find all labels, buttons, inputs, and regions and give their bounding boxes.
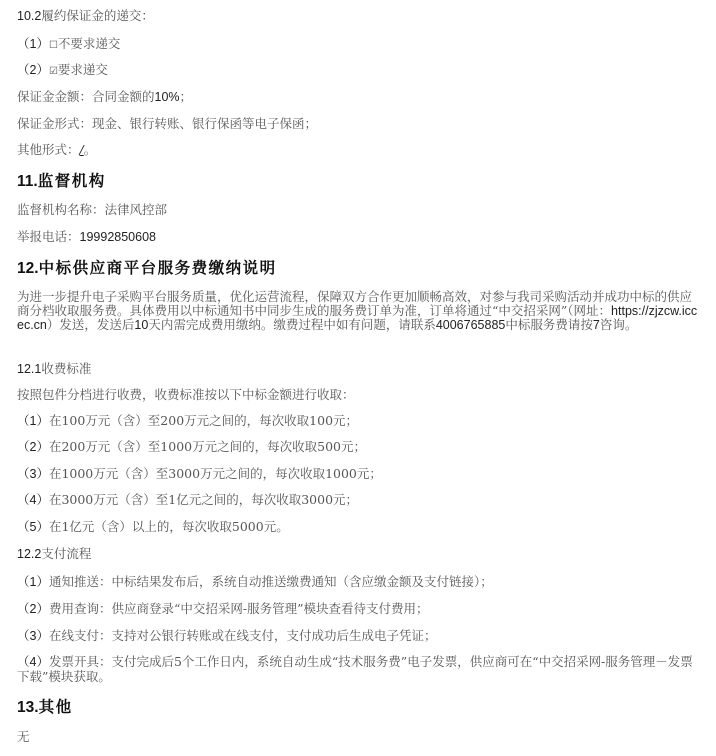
punctuation: 。: [84, 142, 97, 157]
section-11-heading: 11.监督机构: [17, 171, 106, 192]
section-number: 10.2: [17, 9, 41, 23]
intro-text: ）发送，发送后: [47, 317, 135, 332]
punctuation: ；: [180, 89, 193, 104]
fee-standard-desc: 按照包件分档进行收费，收费标准按以下中标金额进行收取：: [17, 387, 355, 403]
heading-text: 其他: [39, 698, 73, 716]
fee-standard-title: 12.1收费标准: [17, 361, 91, 377]
section-10-2-title: 10.2履约保证金的递交：: [17, 8, 154, 24]
section-13-heading: 13.其他: [17, 697, 73, 718]
intro-text: 咨询。: [600, 317, 638, 332]
report-phone-label: 举报电话：: [17, 229, 80, 244]
checked-checkbox-icon: ☑: [49, 66, 58, 77]
option-number: （2）: [17, 63, 49, 77]
option-not-required: （1）☐不要求递交: [17, 36, 120, 54]
service-fee-intro: 为进一步提升电子采购平台服务质量，优化运营流程，保障双方合作更加顺畅高效，对参与…: [17, 290, 701, 333]
step-number: （2）: [17, 602, 49, 616]
tier-number: （2）: [17, 440, 49, 454]
days-value: 10: [134, 318, 148, 332]
option-label: 不要求递交: [58, 36, 121, 51]
heading-text: 监督机构: [38, 172, 106, 190]
step-text: 在线支付：支持对公银行转账或在线支付，支付成功后生成电子凭证；: [49, 628, 437, 643]
section-title-text: 支付流程: [41, 546, 91, 561]
payment-flow-title: 12.2支付流程: [17, 546, 91, 562]
fee-tier: （3）在1000万元（含）至3000万元之间的，每次收取1000元；: [17, 466, 382, 482]
intro-text: 为进一步提升电子采购平台服务质量，优化运营流程，保障双方合作更加顺畅高效，对参与…: [17, 289, 692, 318]
step-number: （4）: [17, 655, 49, 669]
report-phone: 举报电话：19992850608: [17, 229, 156, 245]
fee-tier: （1）在100万元（含）至200万元之间的，每次收取100元；: [17, 413, 358, 429]
step-text: 费用查询：供应商登录“中交招采网-服务管理”模块查看待支付费用；: [49, 601, 429, 616]
unchecked-checkbox-icon: ☐: [49, 40, 58, 51]
intro-text: 天内需完成费用缴纳。缴费过程中如有问题，请联系: [148, 317, 436, 332]
option-number: （1）: [17, 37, 49, 51]
option-required: （2）☑要求递交: [17, 62, 108, 80]
payment-step: （4）发票开具：支付完成后5个工作日内，系统自动生成“技术服务费”电子发票，供应…: [17, 655, 701, 683]
payment-step: （3）在线支付：支持对公银行转账或在线支付，支付成功后生成电子凭证；: [17, 628, 436, 644]
tier-number: （1）: [17, 414, 49, 428]
option-label: 要求递交: [58, 62, 108, 77]
tier-text: 在100万元（含）至200万元之间的，每次收取100元；: [49, 413, 358, 428]
section-title-text: 收费标准: [41, 361, 91, 376]
deposit-form: 保证金形式：现金、银行转账、银行保函等电子保函；: [17, 116, 317, 132]
step-number: （1）: [17, 575, 49, 589]
section-number: 12.2: [17, 547, 41, 561]
other-form: 其他形式：/。: [17, 142, 96, 158]
section-12-heading: 12.中标供应商平台服务费缴纳说明: [17, 258, 277, 279]
heading-number: 11.: [17, 173, 38, 190]
supervisor-name: 监督机构名称：法律风控部: [17, 202, 167, 218]
step-number: （3）: [17, 629, 49, 643]
heading-text: 中标供应商平台服务费缴纳说明: [39, 259, 277, 277]
deposit-amount-value: 10%: [155, 90, 180, 104]
payment-step: （1）通知推送：中标结果发布后，系统自动推送缴费通知（含应缴金额及支付链接）；: [17, 574, 493, 590]
fee-tier: （4）在3000万元（含）至1亿元之间的，每次收取3000元；: [17, 492, 358, 508]
tier-text: 在200万元（含）至1000万元之间的，每次收取500元；: [49, 439, 366, 454]
step-text: 通知推送：中标结果发布后，系统自动推送缴费通知（含应缴金额及支付链接）；: [49, 574, 493, 589]
extension-value: 7: [593, 318, 600, 332]
contact-phone: 4006765885: [436, 318, 506, 332]
section-number: 12.1: [17, 362, 41, 376]
other-form-label: 其他形式：: [17, 142, 80, 157]
fee-tier: （5）在1亿元（含）以上的，每次收取5000元。: [17, 519, 289, 535]
tier-number: （4）: [17, 493, 49, 507]
deposit-amount: 保证金金额：合同金额的10%；: [17, 89, 192, 105]
intro-text: 中标服务费请按: [505, 317, 593, 332]
tier-text: 在1亿元（含）以上的，每次收取5000元。: [49, 519, 289, 534]
heading-number: 12.: [17, 260, 39, 277]
report-phone-value: 19992850608: [80, 230, 156, 244]
payment-step: （2）费用查询：供应商登录“中交招采网-服务管理”模块查看待支付费用；: [17, 601, 428, 617]
tier-number: （3）: [17, 467, 49, 481]
fee-tier: （2）在200万元（含）至1000万元之间的，每次收取500元；: [17, 439, 366, 455]
tier-number: （5）: [17, 520, 49, 534]
heading-number: 13.: [17, 699, 39, 716]
tier-text: 在1000万元（含）至3000万元之间的，每次收取1000元；: [49, 466, 382, 481]
section-title-text: 履约保证金的递交：: [41, 8, 154, 23]
other-content: 无: [17, 729, 30, 745]
tier-text: 在3000万元（含）至1亿元之间的，每次收取3000元；: [49, 492, 358, 507]
step-text: 发票开具：支付完成后5个工作日内，系统自动生成“技术服务费”电子发票，供应商可在…: [17, 654, 693, 684]
deposit-amount-label: 保证金金额：合同金额的: [17, 89, 155, 104]
